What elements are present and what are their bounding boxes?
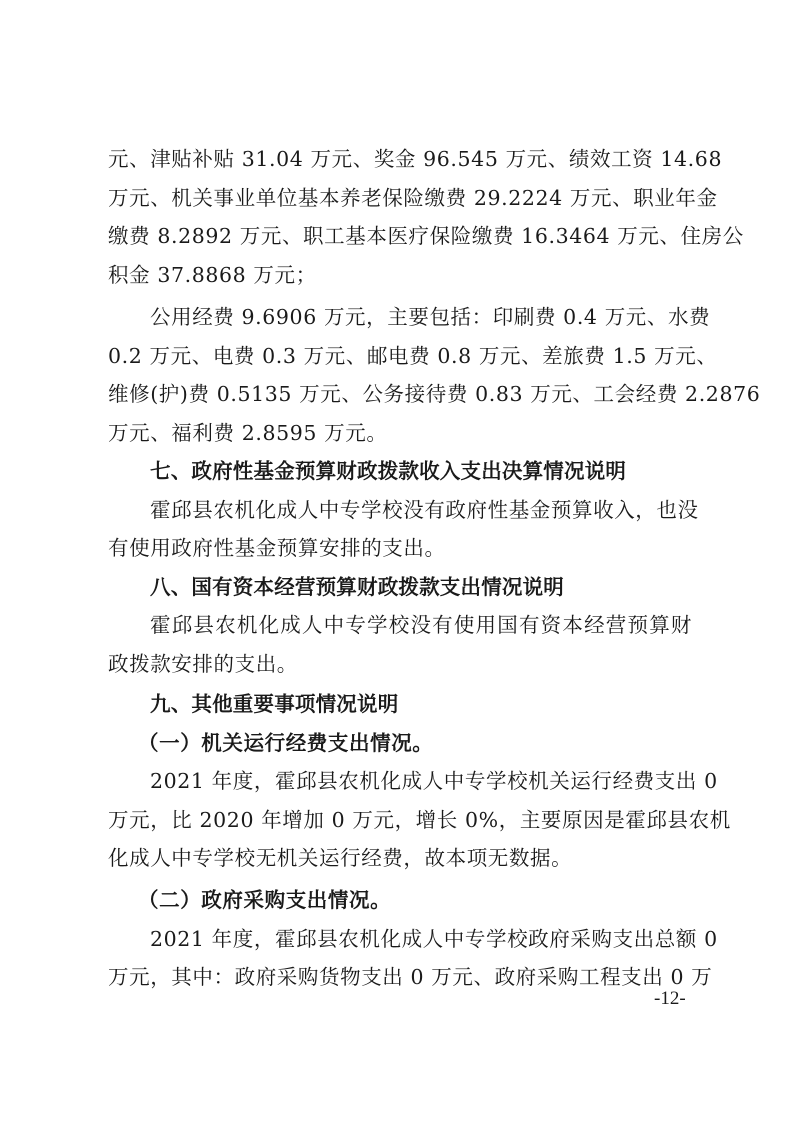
paragraph-line: 积金 37.8868 万元； [108,256,317,294]
paragraph-line: 万元、福利费 2.8595 万元。 [108,414,387,452]
paragraph-line: 有使用政府性基金预算安排的支出。 [108,529,446,567]
paragraph-line: 维修(护)费 0.5135 万元、公务接待费 0.83 万元、工会经费 2.28… [108,375,692,413]
section-heading-7: 七、政府性基金预算财政拨款收入支出决算情况说明 [150,452,626,490]
paragraph-line: 元、津贴补贴 31.04 万元、奖金 96.545 万元、绩效工资 14.68 [108,140,692,178]
paragraph-line: 政拨款安排的支出。 [108,645,298,683]
paragraph-line: 2021 年度，霍邱县农机化成人中专学校机关运行经费支出 0 [150,762,692,800]
paragraph-line: 公用经费 9.6906 万元，主要包括：印刷费 0.4 万元、水费 [150,298,692,336]
page-number: -12- [654,988,686,1010]
paragraph-line: 缴费 8.2892 万元、职工基本医疗保险缴费 16.3464 万元、住房公 [108,217,692,255]
paragraph-line: 霍邱县农机化成人中专学校没有使用国有资本经营预算财 [150,606,692,644]
subsection-heading-2: （二）政府采购支出情况。 [138,881,391,919]
paragraph-line: 0.2 万元、电费 0.3 万元、邮电费 0.8 万元、差旅费 1.5 万元、 [108,337,692,375]
section-heading-8: 八、国有资本经营预算财政拨款支出情况说明 [150,568,564,606]
paragraph-line: 化成人中专学校无机关运行经费，故本项无数据。 [108,839,572,877]
paragraph-line: 万元、机关事业单位基本养老保险缴费 29.2224 万元、职业年金 [108,179,692,217]
paragraph-line: 万元，其中：政府采购货物支出 0 万元、政府采购工程支出 0 万 [108,958,692,996]
section-heading-9: 九、其他重要事项情况说明 [150,685,398,723]
paragraph-line: 霍邱县农机化成人中专学校没有政府性基金预算收入，也没 [150,491,692,529]
paragraph-line: 2021 年度，霍邱县农机化成人中专学校政府采购支出总额 0 [150,920,692,958]
paragraph-line: 万元，比 2020 年增加 0 万元，增长 0%，主要原因是霍邱县农机 [108,801,692,839]
subsection-heading-1: （一）机关运行经费支出情况。 [138,724,433,762]
